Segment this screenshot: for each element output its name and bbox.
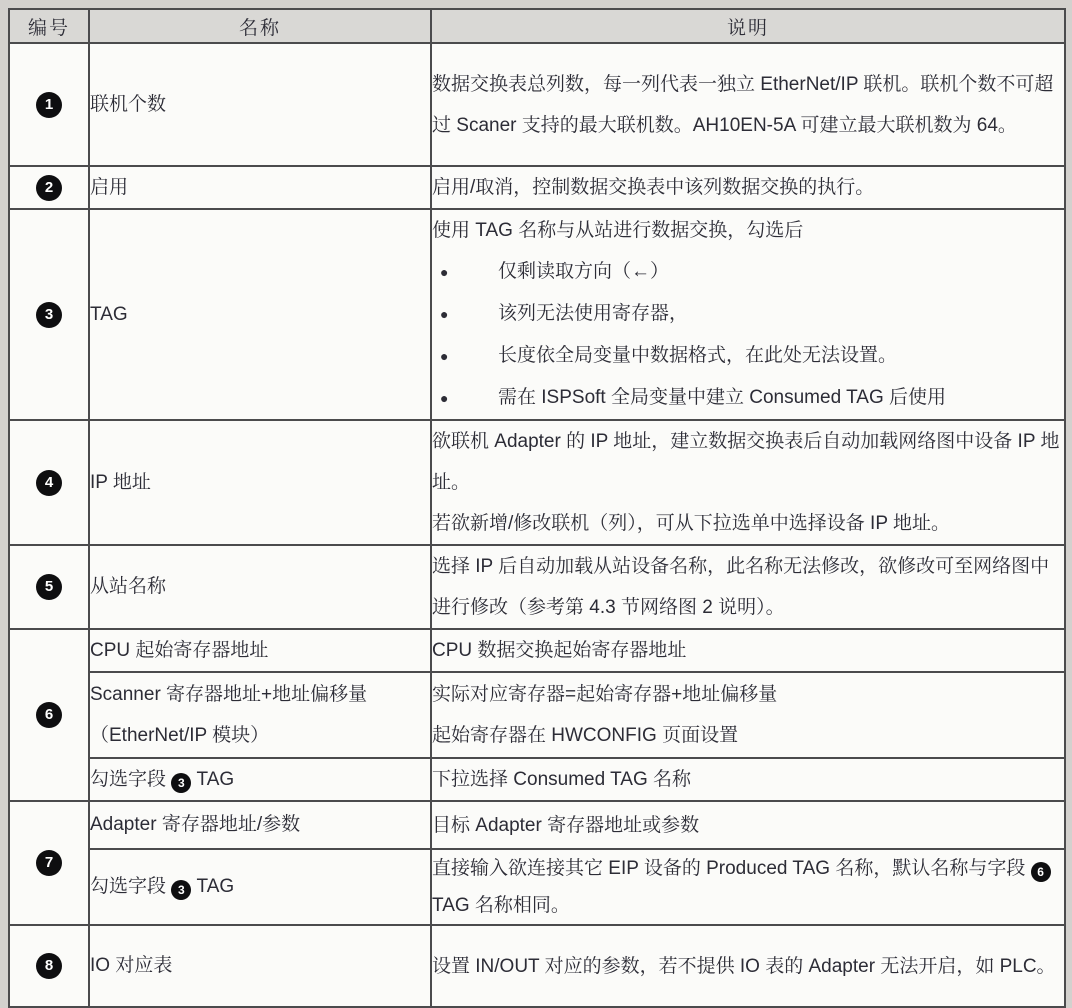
table-row: 勾选字段 3 TAG 下拉选择 Consumed TAG 名称 [9, 758, 1065, 801]
name-label: TAG [191, 876, 234, 897]
name-label: TAG [191, 769, 234, 790]
row-number-cell: 6 [9, 629, 89, 801]
number-badge: 2 [36, 175, 62, 201]
name-label: Adapter 寄存器地址/参数 [90, 814, 300, 835]
name-label: 勾选字段 [90, 876, 171, 897]
description-text: 实际对应寄存器=起始寄存器+地址偏移量 [432, 674, 1064, 715]
number-badge: 8 [36, 953, 62, 979]
number-badge-inline: 6 [1031, 862, 1051, 882]
table-row: 3 TAG 使用 TAG 名称与从站进行数据交换，勾选后 ● 仅剩读取方向（←）… [9, 209, 1065, 420]
bullet-item: ● 该列无法使用寄存器， [432, 293, 1064, 335]
description-cell: 使用 TAG 名称与从站进行数据交换，勾选后 ● 仅剩读取方向（←） ● 该列无… [431, 209, 1065, 420]
bullet-icon: ● [432, 252, 498, 293]
bullet-icon: ● [432, 294, 498, 335]
name-cell: CPU 起始寄存器地址 [89, 629, 431, 672]
bullet-item: ● 长度依全局变量中数据格式，在此处无法设置。 [432, 335, 1064, 377]
name-cell: IP 地址 [89, 420, 431, 545]
description-text: 若欲新增/修改联机（列），可从下拉选单中选择设备 IP 地址。 [432, 503, 1064, 544]
description-cell: 下拉选择 Consumed TAG 名称 [431, 758, 1065, 801]
description-cell: 数据交换表总列数，每一列代表一独立 EtherNet/IP 联机。联机个数不可超… [431, 43, 1065, 166]
description-cell: 实际对应寄存器=起始寄存器+地址偏移量 起始寄存器在 HWCONFIG 页面设置 [431, 672, 1065, 758]
description-text: 数据交换表总列数，每一列代表一独立 EtherNet/IP 联机。联机个数不可超… [432, 64, 1064, 146]
description-text: 下拉选择 Consumed TAG 名称 [432, 759, 1064, 800]
row-number-cell: 5 [9, 545, 89, 629]
name-label: 启用 [90, 177, 128, 198]
table-row: 7 Adapter 寄存器地址/参数 目标 Adapter 寄存器地址或参数 [9, 801, 1065, 849]
column-header-name: 名称 [89, 9, 431, 43]
name-label: 从站名称 [90, 576, 166, 597]
name-cell: Scanner 寄存器地址+地址偏移量 （EtherNet/IP 模块） [89, 672, 431, 758]
description-text: 设置 IN/OUT 对应的参数，若不提供 IO 表的 Adapter 无法开启，… [432, 946, 1064, 987]
description-text: 选择 IP 后自动加载从站设备名称，此名称无法修改，欲修改可至网络图中进行修改（… [432, 546, 1064, 628]
name-label: Scanner 寄存器地址+地址偏移量 [90, 674, 430, 715]
description-text: 欲联机 Adapter 的 IP 地址，建立数据交换表后自动加载网络图中设备 I… [432, 421, 1064, 503]
name-label: （EtherNet/IP 模块） [90, 715, 430, 756]
table-row: 勾选字段 3 TAG 直接输入欲连接其它 EIP 设备的 Produced TA… [9, 849, 1065, 925]
row-number-cell: 2 [9, 166, 89, 209]
bullet-item: ● 需在 ISPSoft 全局变量中建立 Consumed TAG 后使用 [432, 377, 1064, 419]
name-label: 勾选字段 [90, 769, 171, 790]
name-cell: 勾选字段 3 TAG [89, 849, 431, 925]
description-cell: 启用/取消，控制数据交换表中该列数据交换的执行。 [431, 166, 1065, 209]
name-cell: 联机个数 [89, 43, 431, 166]
name-cell: 从站名称 [89, 545, 431, 629]
bullet-text: 长度依全局变量中数据格式，在此处无法设置。 [498, 335, 897, 376]
description-cell: 设置 IN/OUT 对应的参数，若不提供 IO 表的 Adapter 无法开启，… [431, 925, 1065, 1007]
number-badge-inline: 3 [171, 773, 191, 793]
table-row: 6 CPU 起始寄存器地址 CPU 数据交换起始寄存器地址 [9, 629, 1065, 672]
bullet-item: ● 仅剩读取方向（←） [432, 251, 1064, 293]
row-number-cell: 7 [9, 801, 89, 925]
description-cell: 欲联机 Adapter 的 IP 地址，建立数据交换表后自动加载网络图中设备 I… [431, 420, 1065, 545]
number-badge: 1 [36, 92, 62, 118]
name-label: 联机个数 [90, 94, 166, 115]
description-text: CPU 数据交换起始寄存器地址 [432, 630, 1064, 671]
description-cell: 选择 IP 后自动加载从站设备名称，此名称无法修改，欲修改可至网络图中进行修改（… [431, 545, 1065, 629]
table-row: 8 IO 对应表 设置 IN/OUT 对应的参数，若不提供 IO 表的 Adap… [9, 925, 1065, 1007]
number-badge: 4 [36, 470, 62, 496]
column-header-number: 编号 [9, 9, 89, 43]
number-badge: 3 [36, 302, 62, 328]
row-number-cell: 8 [9, 925, 89, 1007]
table-row: 1 联机个数 数据交换表总列数，每一列代表一独立 EtherNet/IP 联机。… [9, 43, 1065, 166]
name-label: CPU 起始寄存器地址 [90, 640, 268, 661]
name-label: TAG [90, 304, 128, 325]
name-cell: TAG [89, 209, 431, 420]
description-text: 启用/取消，控制数据交换表中该列数据交换的执行。 [432, 167, 1064, 208]
document-page: 编号 名称 说明 1 联机个数 数据交换表总列数，每一列代表一独立 EtherN… [8, 8, 1066, 1008]
row-number-cell: 3 [9, 209, 89, 420]
number-badge: 5 [36, 574, 62, 600]
name-label: IO 对应表 [90, 955, 172, 976]
number-badge: 7 [36, 850, 62, 876]
name-cell: Adapter 寄存器地址/参数 [89, 801, 431, 849]
number-badge: 6 [36, 702, 62, 728]
bullet-text: 需在 ISPSoft 全局变量中建立 Consumed TAG 后使用 [498, 377, 946, 418]
spec-table: 编号 名称 说明 1 联机个数 数据交换表总列数，每一列代表一独立 EtherN… [8, 8, 1066, 1008]
description-text: 直接输入欲连接其它 EIP 设备的 Produced TAG 名称，默认名称与字… [432, 850, 1064, 924]
description-cell: CPU 数据交换起始寄存器地址 [431, 629, 1065, 672]
bullet-icon: ● [432, 336, 498, 377]
bullet-text: 仅剩读取方向（←） [498, 251, 669, 292]
description-intro: 使用 TAG 名称与从站进行数据交换，勾选后 [432, 210, 1064, 251]
description-cell: 直接输入欲连接其它 EIP 设备的 Produced TAG 名称，默认名称与字… [431, 849, 1065, 925]
table-row: 4 IP 地址 欲联机 Adapter 的 IP 地址，建立数据交换表后自动加载… [9, 420, 1065, 545]
name-cell: 勾选字段 3 TAG [89, 758, 431, 801]
name-label: IP 地址 [90, 472, 151, 493]
row-number-cell: 4 [9, 420, 89, 545]
description-cell: 目标 Adapter 寄存器地址或参数 [431, 801, 1065, 849]
row-number-cell: 1 [9, 43, 89, 166]
number-badge-inline: 3 [171, 880, 191, 900]
header-row: 编号 名称 说明 [9, 9, 1065, 43]
table-row: 5 从站名称 选择 IP 后自动加载从站设备名称，此名称无法修改，欲修改可至网络… [9, 545, 1065, 629]
description-text: 起始寄存器在 HWCONFIG 页面设置 [432, 715, 1064, 756]
bullet-text: 该列无法使用寄存器， [498, 293, 688, 334]
table-row: Scanner 寄存器地址+地址偏移量 （EtherNet/IP 模块） 实际对… [9, 672, 1065, 758]
name-cell: IO 对应表 [89, 925, 431, 1007]
name-cell: 启用 [89, 166, 431, 209]
column-header-description: 说明 [431, 9, 1065, 43]
description-text: 目标 Adapter 寄存器地址或参数 [432, 805, 1064, 846]
table-row: 2 启用 启用/取消，控制数据交换表中该列数据交换的执行。 [9, 166, 1065, 209]
bullet-icon: ● [432, 378, 498, 419]
